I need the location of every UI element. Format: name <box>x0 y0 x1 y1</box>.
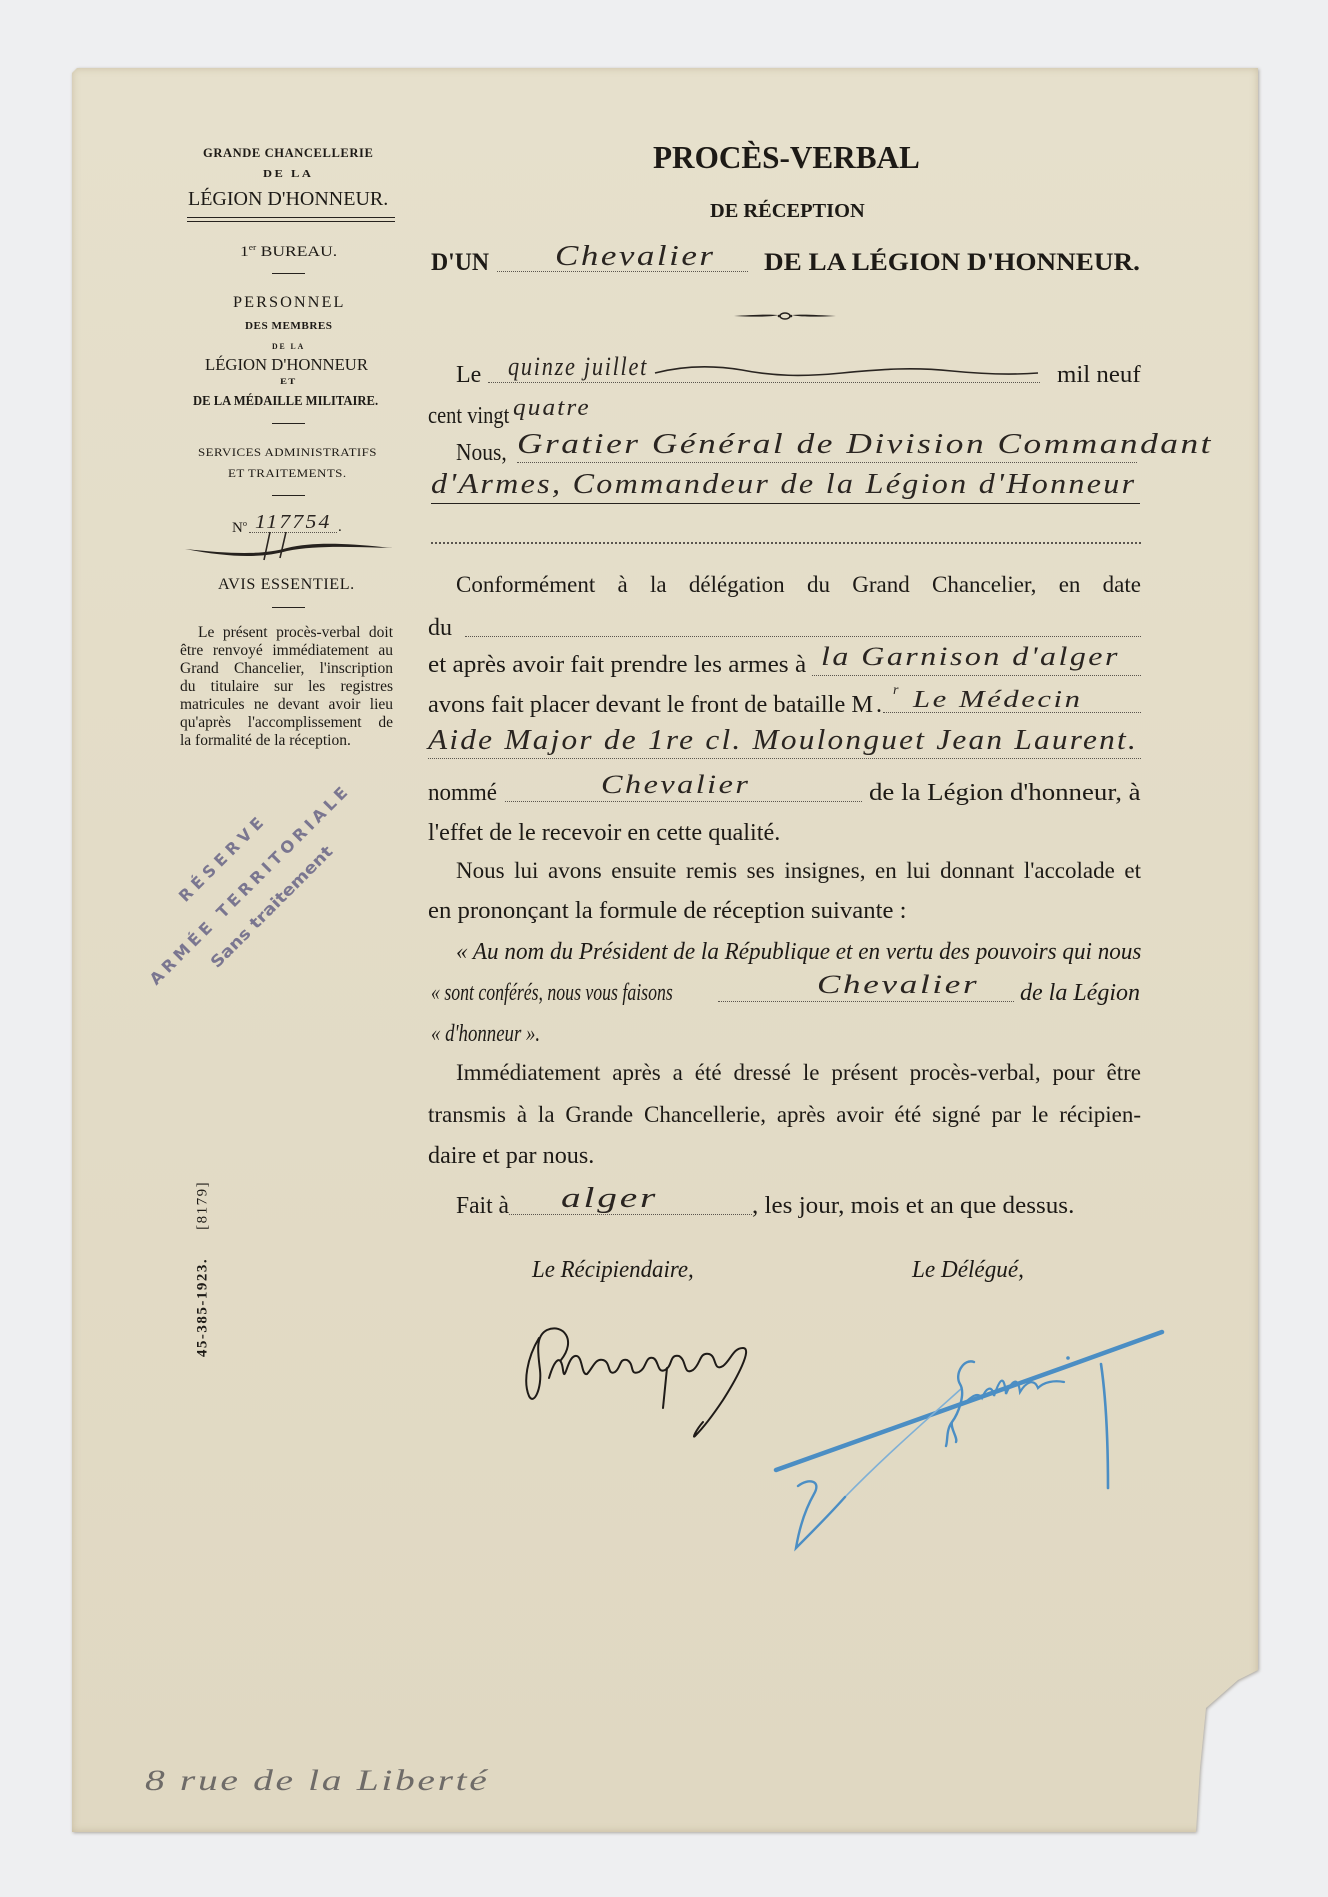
insignia-line2: en prononçant la formule de réception su… <box>428 899 906 923</box>
swoosh-rule-icon <box>182 530 396 566</box>
divider <box>272 423 305 424</box>
nomination-rank: Chevalier <box>601 772 750 798</box>
place-prefix: Fait à <box>456 1194 509 1218</box>
print-batch: [8179] <box>195 1181 211 1230</box>
assembly-prefix: et après avoir fait prendre les armes à <box>428 653 806 677</box>
department-line2: DE LA <box>272 343 305 351</box>
formula-line3: « d'honneur ». <box>431 1022 540 1046</box>
formula-rank-dotted-line <box>718 1001 1014 1002</box>
rank-suffix: DE LA LÉGION D'HONNEUR. <box>764 250 1140 275</box>
notice-line: être renvoyé immédiatement au <box>180 643 393 659</box>
services-line2: ET TRAITEMENTS. <box>228 467 347 479</box>
assembly-location: la Garnison d'alger <box>821 644 1120 670</box>
nomination-dotted-line <box>505 801 862 802</box>
notice-title: AVIS ESSENTIEL. <box>218 577 355 593</box>
assembly-title-sup: r <box>893 684 900 698</box>
formula-rank: Chevalier <box>817 972 979 998</box>
officer-dotted-line <box>517 462 1137 463</box>
date-year-handwritten: quatre <box>513 396 591 420</box>
assembly-placement: avons fait placer devant le front de bat… <box>428 693 873 717</box>
divider <box>272 607 305 608</box>
assembly-location-dotted-line <box>812 675 1141 676</box>
delegation-date-field <box>465 636 1141 637</box>
officer-prefix: Nous, <box>456 441 507 465</box>
ornament-divider-icon <box>732 309 838 323</box>
notice-line: matricules ne devant avoir lieu <box>180 697 393 713</box>
place-suffix: , les jour, mois et an que dessus. <box>752 1194 1074 1218</box>
closing-line1: Immédiatement après a été dressé le prés… <box>456 1061 1141 1084</box>
department-line4: ET <box>280 378 297 386</box>
bureau-label: 1er BUREAU. <box>240 244 337 260</box>
notice-line: Le présent procès-verbal doit <box>180 625 393 641</box>
page-title: PROCÈS-VERBAL <box>653 141 920 173</box>
recipient-label: Le Récipiendaire, <box>532 1258 694 1282</box>
closing-line3: daire et par nous. <box>428 1144 594 1168</box>
bureau-suffix: er <box>249 243 257 252</box>
notice-line: la formalité de la réception. <box>180 733 393 749</box>
double-rule-top <box>187 217 395 218</box>
print-code: 45-385-1923. <box>195 1258 211 1357</box>
officer-line2: d'Armes, Commandeur de la Légion d'Honne… <box>431 471 1136 499</box>
delegate-signature-icon <box>768 1318 1168 1563</box>
nomination-prefix: nommé <box>428 781 497 805</box>
date-day-month: quinze juillet <box>508 354 648 380</box>
officer-underline <box>431 503 1140 504</box>
formula-line1: « Au nom du Président de la République e… <box>456 940 1141 964</box>
header-legion: LÉGION D'HONNEUR. <box>188 189 388 209</box>
place-dotted-line <box>509 1214 752 1215</box>
margin-note: 8 rue de la Liberté <box>145 1766 489 1796</box>
header-de-la: DE LA <box>263 170 313 180</box>
nomination-suffix: de la Légion d'honneur, à <box>869 781 1141 805</box>
nomination-line2: l'effet de le recevoir en cette qualité. <box>428 821 780 845</box>
formula-line2-prefix: « sont conférés, nous vous faisons <box>431 981 673 1005</box>
date-year-text2: cent vingt <box>428 404 509 428</box>
date-year-text1: mil neuf <box>1057 363 1141 387</box>
divider <box>272 495 305 496</box>
header-chancellerie: GRANDE CHANCELLERIE <box>203 146 373 159</box>
insignia-line1: Nous lui avons ensuite remis ses insigne… <box>456 859 1141 882</box>
blank-dotted-line <box>431 542 1141 544</box>
department-line3: LÉGION D'HONNEUR <box>205 356 368 373</box>
formula-line2-suffix: de la Légion <box>1020 981 1140 1005</box>
officer-line1: Gratier Général de Division Commandant <box>517 431 1213 459</box>
date-dotted-line <box>488 382 1040 383</box>
department-line1: DES MEMBRES <box>245 321 332 332</box>
bureau-number: 1 <box>240 244 249 260</box>
delegate-label: Le Délégué, <box>912 1258 1024 1282</box>
date-prefix: Le <box>456 363 481 387</box>
assembly-recipient-line2: Aide Major de 1re cl. Moulonguet Jean La… <box>428 727 1138 755</box>
file-number-o: o <box>243 519 247 528</box>
assembly-recipient-line1: Le Médecin <box>913 688 1083 712</box>
divider <box>272 273 305 274</box>
double-rule-bottom <box>187 221 395 222</box>
rank-handwritten: Chevalier <box>555 243 716 271</box>
notice-line: Grand Chancelier, l'inscription <box>180 661 393 677</box>
notice-line: qu'après l'accomplissement de <box>180 715 393 731</box>
department-title: PERSONNEL <box>233 295 345 311</box>
page-subtitle: DE RÉCEPTION <box>710 201 865 221</box>
delegation-line1: Conformément à la délégation du Grand Ch… <box>456 573 1141 596</box>
assembly-placement-dot: . <box>876 693 882 717</box>
filler-wave-line-icon <box>652 361 1042 381</box>
rank-prefix: D'UN <box>431 250 489 275</box>
delegation-date-prefix: du <box>428 616 452 640</box>
notice-line: du titulaire sur les registres <box>180 679 393 695</box>
assembly-recipient-line2-dotted <box>428 758 1141 759</box>
file-number-value: 117754 <box>255 512 331 532</box>
department-line5: DE LA MÉDAILLE MILITAIRE. <box>193 395 378 409</box>
bureau-text: BUREAU. <box>256 244 337 260</box>
recipient-signature-icon <box>515 1318 765 1443</box>
place-value: alger <box>561 1185 658 1213</box>
closing-line2: transmis à la Grande Chancellerie, après… <box>428 1103 1141 1126</box>
services-line1: SERVICES ADMINISTRATIFS <box>198 446 377 458</box>
